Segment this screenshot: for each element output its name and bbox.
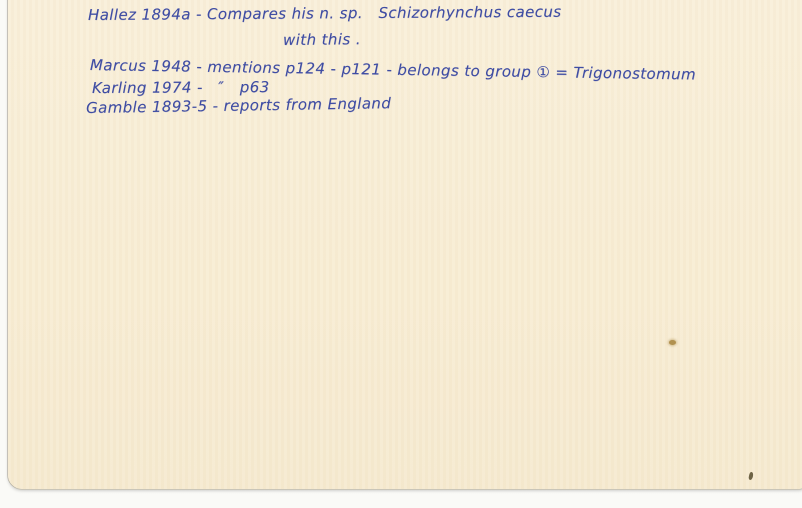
scanned-index-card-page: Hallez 1894a - Compares his n. sp. Schiz… [0,0,802,508]
note-line-karling: Karling 1974 - ″ p63 [92,78,270,97]
handwritten-notes: Hallez 1894a - Compares his n. sp. Schiz… [0,0,802,508]
note-line-with-this: with this . [283,30,361,49]
card-stain-speck [669,340,676,345]
note-line-hallez: Hallez 1894a - Compares his n. sp. Schiz… [88,3,562,24]
note-line-gamble: Gamble 1893-5 - reports from England [86,94,391,117]
